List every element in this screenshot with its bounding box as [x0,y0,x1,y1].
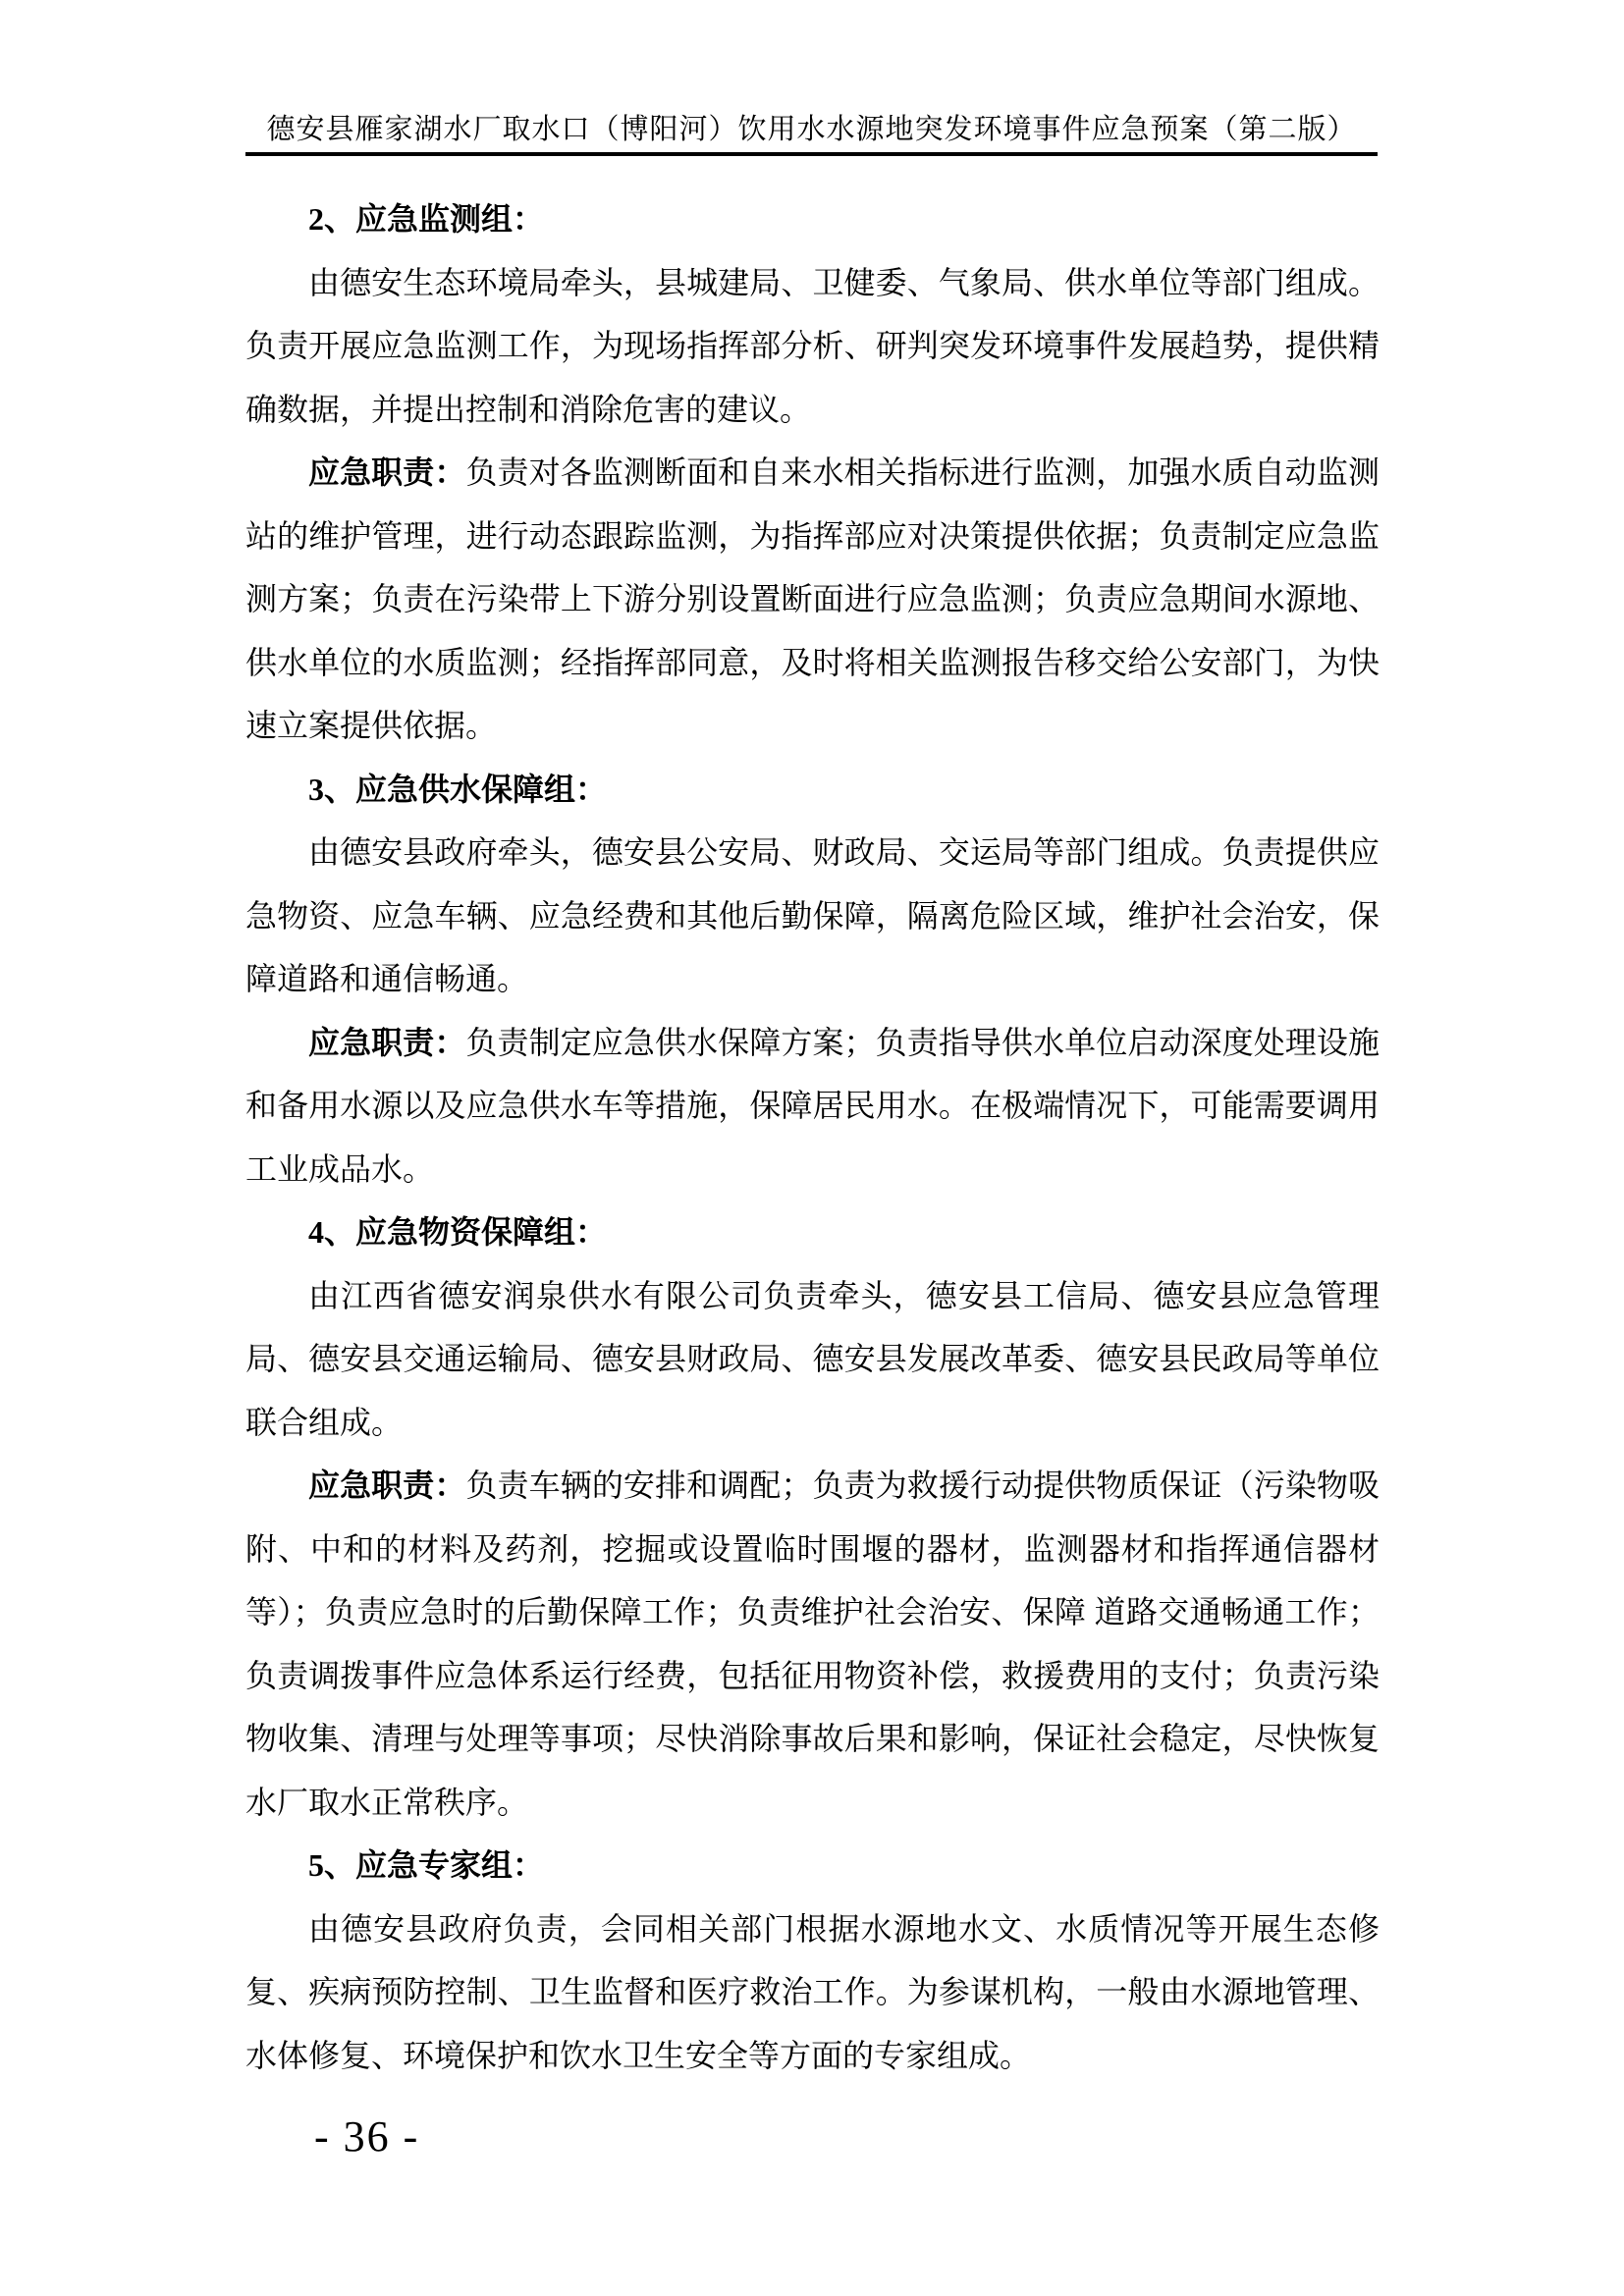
header-rule-divider [245,152,1378,156]
paragraph: 由德安县政府负责，会同相关部门根据水源地水文、水质情况等开展生态修复、疾病预防控… [245,1897,1380,2088]
page-number: - 36 - [314,2112,419,2162]
paragraph: 应急职责：负责制定应急供水保障方案；负责指导供水单位启动深度处理设施和备用水源以… [245,1011,1380,1201]
paragraph-lead-label: 应急职责： [308,1468,465,1503]
paragraph: 由德安县政府牵头，德安县公安局、财政局、交运局等部门组成。负责提供应急物资、应急… [245,821,1380,1011]
emergency-group-section: 3、应急供水保障组： 由德安县政府牵头，德安县公安局、财政局、交运局等部门组成。… [245,758,1380,1201]
paragraph-text: 由江西省德安润泉供水有限公司负责牵头，德安县工信局、德安县应急管理局、德安县交通… [245,1278,1380,1440]
section-heading: 4、应急物资保障组： [245,1201,1380,1264]
paragraph-lead-label: 应急职责： [308,454,465,490]
document-page: 德安县雁家湖水厂取水口（博阳河）饮用水水源地突发环境事件应急预案（第二版） 2、… [0,0,1624,2296]
section-heading: 2、应急监测组： [245,187,1380,251]
paragraph-text: 由德安县政府牵头，德安县公安局、财政局、交运局等部门组成。负责提供应急物资、应急… [245,834,1380,996]
emergency-group-section: 2、应急监测组： 由德安生态环境局牵头，县城建局、卫健委、气象局、供水单位等部门… [245,187,1380,758]
emergency-group-section: 5、应急专家组： 由德安县政府负责，会同相关部门根据水源地水文、水质情况等开展生… [245,1834,1380,2087]
paragraph: 由德安生态环境局牵头，县城建局、卫健委、气象局、供水单位等部门组成。负责开展应急… [245,251,1380,442]
document-body: 2、应急监测组： 由德安生态环境局牵头，县城建局、卫健委、气象局、供水单位等部门… [245,187,1380,2087]
section-heading: 5、应急专家组： [245,1834,1380,1897]
paragraph-lead-label: 应急职责： [308,1025,465,1060]
emergency-group-section: 4、应急物资保障组： 由江西省德安润泉供水有限公司负责牵头，德安县工信局、德安县… [245,1201,1380,1834]
paragraph: 应急职责：负责车辆的安排和调配；负责为救援行动提供物质保证（污染物吸附、中和的材… [245,1454,1380,1834]
paragraph: 由江西省德安润泉供水有限公司负责牵头，德安县工信局、德安县应急管理局、德安县交通… [245,1264,1380,1455]
paragraph-text: 负责车辆的安排和调配；负责为救援行动提供物质保证（污染物吸附、中和的材料及药剂，… [245,1468,1380,1820]
paragraph: 应急职责：负责对各监测断面和自来水相关指标进行监测，加强水质自动监测站的维护管理… [245,441,1380,758]
paragraph-text: 由德安县政府负责，会同相关部门根据水源地水文、水质情况等开展生态修复、疾病预防控… [245,1911,1380,2073]
paragraph-text: 负责对各监测断面和自来水相关指标进行监测，加强水质自动监测站的维护管理，进行动态… [245,454,1380,743]
paragraph-text: 由德安生态环境局牵头，县城建局、卫健委、气象局、供水单位等部门组成。负责开展应急… [245,265,1380,427]
page-header-title: 德安县雁家湖水厂取水口（博阳河）饮用水水源地突发环境事件应急预案（第二版） [245,110,1378,149]
section-heading: 3、应急供水保障组： [245,758,1380,822]
